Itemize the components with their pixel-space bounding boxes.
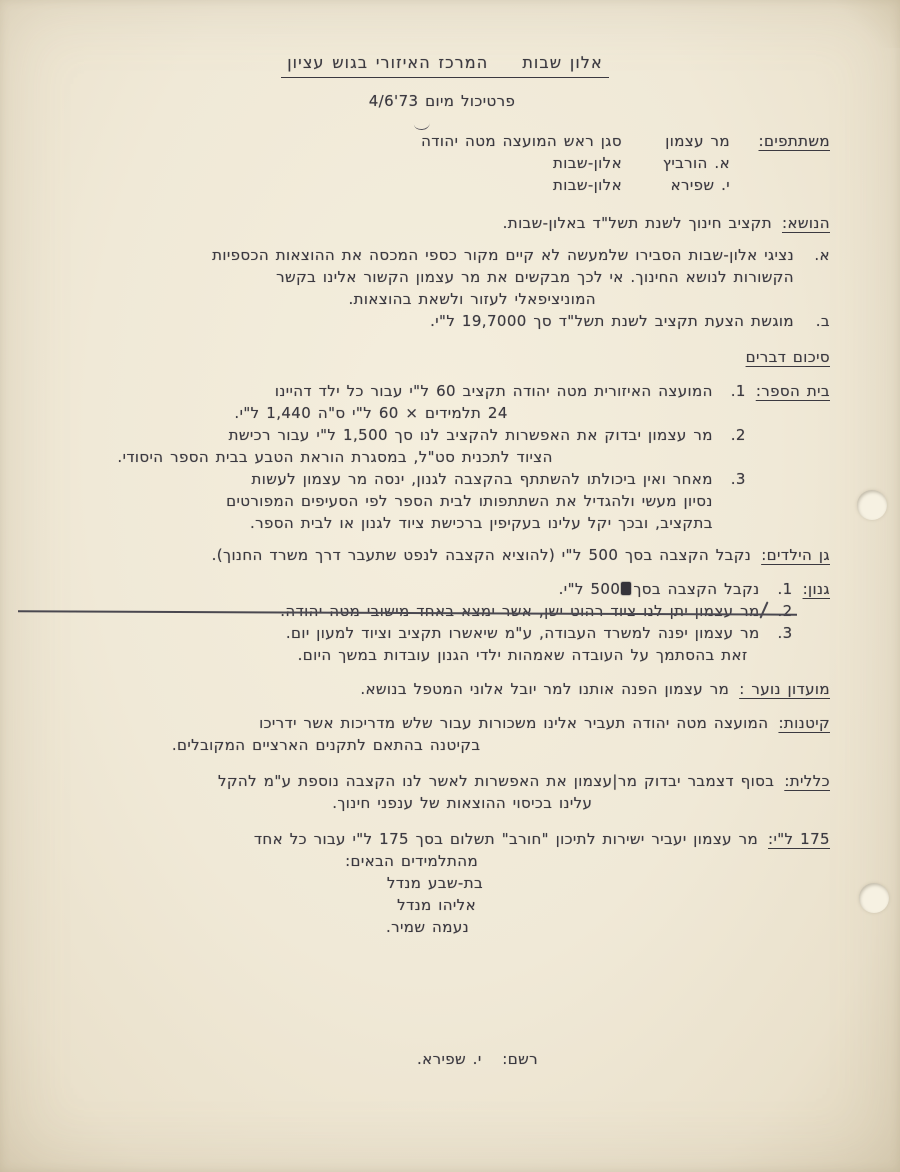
item-text: מר עצמון יפנה למשרד העבודה, ע"מ שיאשרו ת… <box>60 622 760 666</box>
section-label-tuition: 175 ל"י: <box>768 828 830 938</box>
item-text: מאחר ואין ביכולתו להשתתף בהקצבה לגנון, י… <box>60 468 713 534</box>
participant-name: א. הורביץ <box>622 152 730 174</box>
text-line: מר עצמון יפנה למשרד העבודה, ע"מ שיאשרו ת… <box>60 622 760 644</box>
text-line: מר עצמון יבדוק את האפשרות להקציב לנו סך … <box>60 424 713 446</box>
section-camps: קיטנות: המועצה מטה יהודה תעביר אלינו משכ… <box>60 712 830 756</box>
list-item: 2. מר עצמון יבדוק את האפשרות להקציב לנו … <box>60 424 746 468</box>
spacer <box>730 174 830 196</box>
section-label-school: בית הספר: <box>756 380 830 534</box>
item-number: 3. <box>722 468 746 534</box>
participant-role: סגן ראש המועצה מטה יהודה <box>60 130 622 152</box>
preamble-section: א. נציגי אלון-שבות הסבירו שלמעשה לא קיים… <box>60 244 830 332</box>
item-text: מר עצמון יבדוק את האפשרות להקציב לנו סך … <box>60 424 713 468</box>
punch-hole-top <box>857 490 887 520</box>
section-label-ganon: גנון: <box>803 578 830 666</box>
spacer <box>730 152 830 174</box>
text-line: הציוד לתכנית סט"ל, במסגרת הוראת הטבע בבי… <box>60 446 713 468</box>
item-text: נקבל הקצבה בסך500 ל"י. <box>60 578 760 600</box>
students-list: בת-שבע מנדל אליהו מנדל נעמה שמיר. <box>60 872 758 938</box>
item-marker: ב. <box>794 310 830 332</box>
subject-text: תקציב חינוך לשנת תשל"ד באלון-שבות. <box>503 212 772 234</box>
subject-label: הנושא: <box>782 212 830 234</box>
participant-name: מר עצמון <box>622 130 730 152</box>
text-line: בתקציב, ובכך יקל עלינו בעקיפין ברכישת צי… <box>60 512 713 534</box>
section-body: נקבל הקצבה בסך 500 ל"י (להוציא הקצבה לנפ… <box>60 544 751 566</box>
preamble-item-a: א. נציגי אלון-שבות הסבירו שלמעשה לא קיים… <box>60 244 830 310</box>
section-body: מר עצמון הפנה אותנו למר יובל אלוני המטפל… <box>60 678 729 700</box>
student-name: נעמה שמיר. <box>60 916 758 938</box>
item-number: 3. <box>769 622 793 666</box>
section-label-kindergarten: גן הילדים: <box>761 544 830 566</box>
recorder-signature-line: רשם: י. שפירא. <box>417 1048 538 1070</box>
list-item-crossed-out: 2. מר עצמון יתן לנו ציוד רהוט ישן, אשר י… <box>60 600 793 622</box>
text-line: מאחר ואין ביכולתו להשתתף בהקצבה לגנון, י… <box>60 468 713 490</box>
section-body: 1. נקבל הקצבה בסך500 ל"י. 2. מר עצמון ית… <box>60 578 793 666</box>
ink-blotch <box>621 582 631 595</box>
section-label-youth-club: מועדון נוער : <box>739 678 830 700</box>
participant-row: משתתפים: מר עצמון סגן ראש המועצה מטה יהו… <box>60 130 830 152</box>
handwritten-slash-mark <box>759 601 768 618</box>
participant-name: י. שפירא <box>622 174 730 196</box>
preamble-item-b: ב. מוגשת הצעת תקציב לשנת תשל"ד סך 19,700… <box>60 310 830 332</box>
section-label-camps: קיטנות: <box>778 712 830 756</box>
subject-line: הנושא: תקציב חינוך לשנת תשל"ד באלון-שבות… <box>60 212 830 234</box>
section-kindergarten: גן הילדים: נקבל הקצבה בסך 500 ל"י (להוצי… <box>60 544 830 566</box>
item-number: 1. <box>722 380 746 424</box>
protocol-date-line: פרטיכול מיום 4/6'73 <box>60 90 830 112</box>
participants-label: משתתפים: <box>730 130 830 152</box>
participant-role: אלון-שבות <box>60 174 622 196</box>
text-line: בסוף דצמבר יבדוק מר|עצמון את האפשרות לאש… <box>60 770 774 792</box>
participant-row: א. הורביץ אלון-שבות <box>60 152 830 174</box>
section-body: 1. המועצה האיזורית מטה יהודה תקציב 60 ל"… <box>60 380 746 534</box>
item-number: 2. <box>722 424 746 468</box>
text-line: המוניציפאלי לעזור ולשאת בהוצאות. <box>60 288 794 310</box>
preamble-item-a-text: נציגי אלון-שבות הסבירו שלמעשה לא קיים מק… <box>60 244 794 310</box>
community-name: אלון שבות <box>522 53 602 72</box>
student-name: בת-שבע מנדל <box>60 872 758 894</box>
section-general: כללית: בסוף דצמבר יבדוק מר|עצמון את האפש… <box>60 770 830 814</box>
item-number: 1. <box>769 578 793 600</box>
section-tuition: 175 ל"י: מר עצמון יעביר ישירות לתיכון "ח… <box>60 828 830 938</box>
text-line: המועצה מטה יהודה תעביר אלינו משכורות עבו… <box>60 712 768 734</box>
section-ganon: גנון: 1. נקבל הקצבה בסך500 ל"י. 2. מר עצ… <box>60 578 830 666</box>
text-segment: נקבל הקצבה בסך <box>633 580 759 598</box>
section-label-general: כללית: <box>784 770 830 814</box>
summary-heading: סיכום דברים <box>60 346 830 368</box>
section-school: בית הספר: 1. המועצה האיזורית מטה יהודה ת… <box>60 380 830 534</box>
list-item: 3. מאחר ואין ביכולתו להשתתף בהקצבה לגנון… <box>60 468 746 534</box>
participants-section: משתתפים: מר עצמון סגן ראש המועצה מטה יהו… <box>60 130 830 196</box>
document-header: אלון שבותהמרכז האיזורי בגוש עציון <box>60 52 830 78</box>
document-title: אלון שבותהמרכז האיזורי בגוש עציון <box>281 52 609 78</box>
text-line: מהתלמידים הבאים: <box>60 850 758 872</box>
text-line: נסיון מעשי ולהגדיל את השתתפותו לבית הספר… <box>60 490 713 512</box>
recorder-name: י. שפירא. <box>417 1050 482 1068</box>
participant-row: י. שפירא אלון-שבות <box>60 174 830 196</box>
preamble-item-b-text: מוגשת הצעת תקציב לשנת תשל"ד סך 19,7000 ל… <box>60 310 794 332</box>
text-line: זאת בהסתמך על העובדה שאמהות ילדי הגנון ע… <box>60 644 760 666</box>
item-marker: א. <box>794 244 830 310</box>
protocol-label: פרטיכול מיום <box>425 92 515 110</box>
section-youth-club: מועדון נוער : מר עצמון הפנה אותנו למר יו… <box>60 678 830 700</box>
corner-fold-artifact <box>824 0 900 48</box>
list-item: 1. המועצה האיזורית מטה יהודה תקציב 60 ל"… <box>60 380 746 424</box>
summary-heading-text: סיכום דברים <box>746 348 830 366</box>
text-line: המועצה האיזורית מטה יהודה תקציב 60 ל"י ע… <box>60 380 713 402</box>
text-line: מר עצמון יעביר ישירות לתיכון "חורב" תשלו… <box>60 828 758 850</box>
punch-hole-bottom <box>859 883 889 913</box>
text-line: נציגי אלון-שבות הסבירו שלמעשה לא קיים מק… <box>60 244 794 266</box>
section-body: מר עצמון יעביר ישירות לתיכון "חורב" תשלו… <box>60 828 758 938</box>
text-line: בקיטנה בהתאם לתקנים הארציים המקובלים. <box>60 734 768 756</box>
item-number: 2. <box>769 600 793 622</box>
student-name: אליהו מנדל <box>60 894 758 916</box>
list-item: 3. מר עצמון יפנה למשרד העבודה, ע"מ שיאשר… <box>60 622 793 666</box>
recorder-label: רשם: <box>502 1050 538 1068</box>
section-body: בסוף דצמבר יבדוק מר|עצמון את האפשרות לאש… <box>60 770 774 814</box>
text-line: עלינו בכיסוי ההוצאות של ענפני חינוך. <box>60 792 774 814</box>
scanned-document-page: אלון שבותהמרכז האיזורי בגוש עציון פרטיכו… <box>0 0 900 1172</box>
participant-role: אלון-שבות <box>60 152 622 174</box>
protocol-date: 4/6'73 <box>369 92 419 110</box>
text-line: 24 תלמידים × 60 ל"י ס"ה 1,440 ל"י. <box>60 402 713 424</box>
list-item: 1. נקבל הקצבה בסך500 ל"י. <box>60 578 793 600</box>
text-line: הקשורות לנושא החינוך. אי לכך מבקשים את מ… <box>60 266 794 288</box>
item-text: המועצה האיזורית מטה יהודה תקציב 60 ל"י ע… <box>60 380 713 424</box>
text-segment: 500 ל"י. <box>559 580 621 598</box>
section-body: המועצה מטה יהודה תעביר אלינו משכורות עבו… <box>60 712 768 756</box>
organization-name: המרכז האיזורי בגוש עציון <box>287 53 488 72</box>
